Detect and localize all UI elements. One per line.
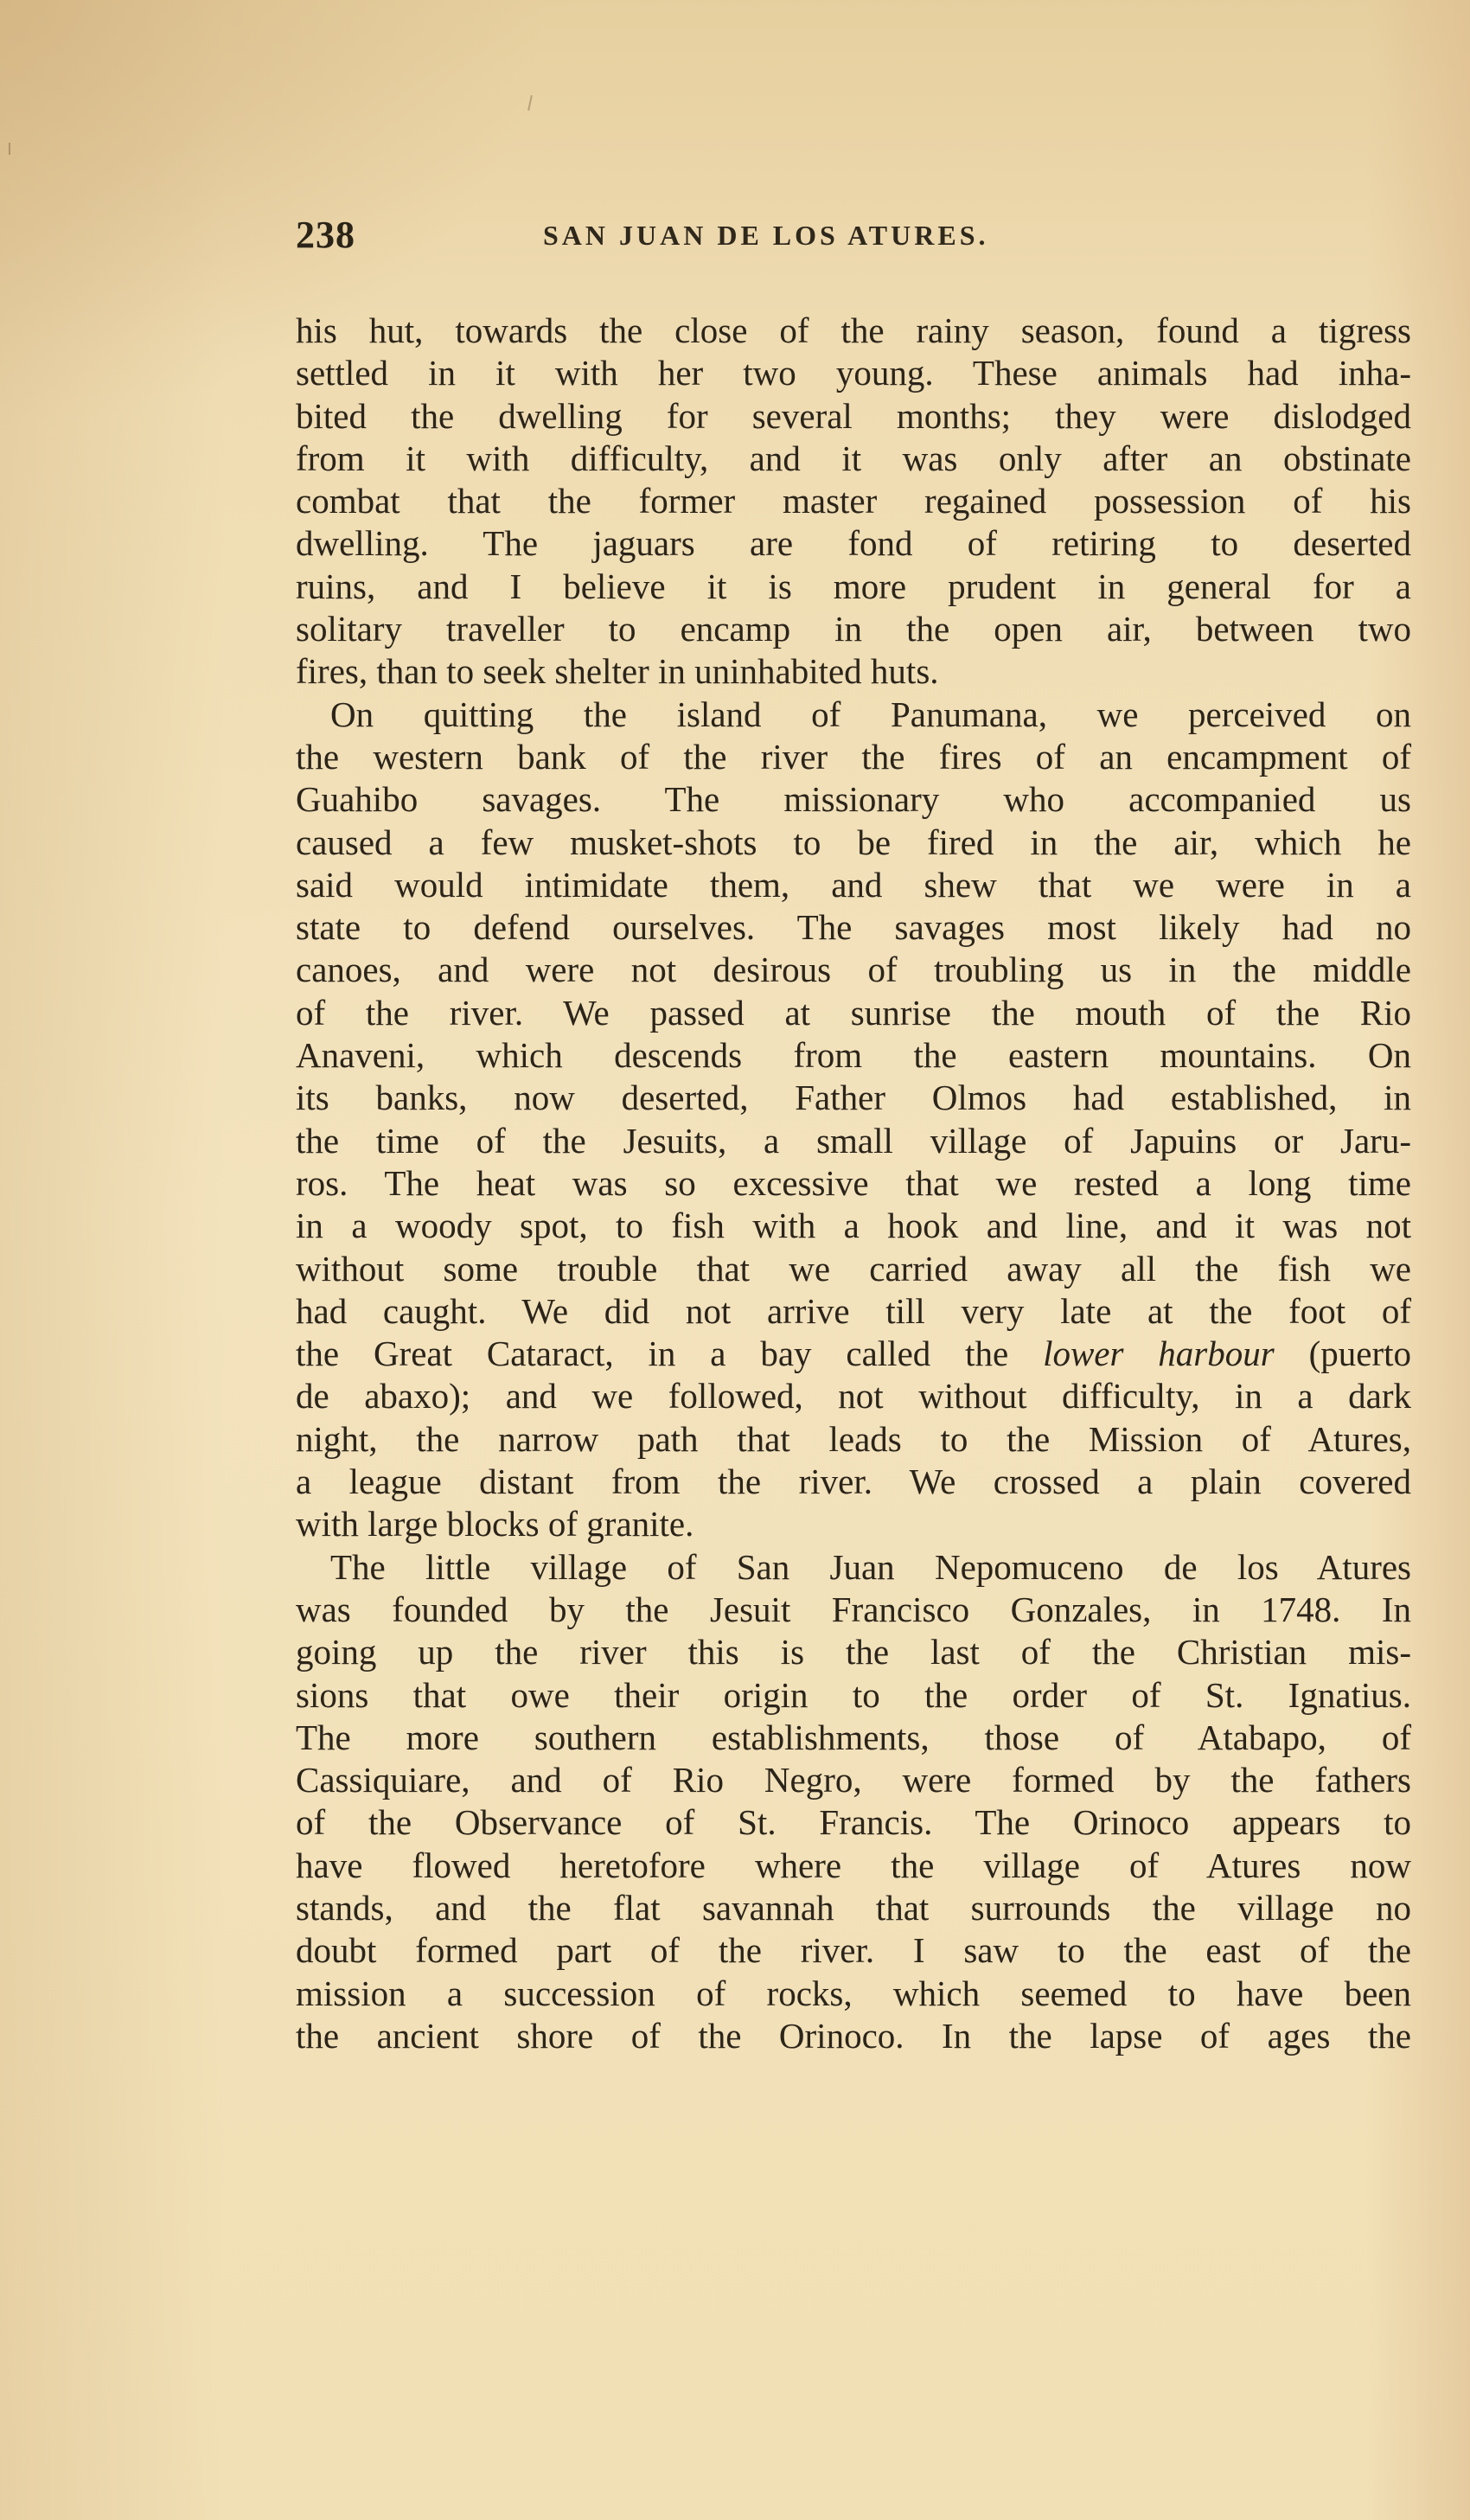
running-head: 238 SAN JUAN DE LOS ATURES. (296, 213, 1411, 265)
text-line: the ancient shore of the Orinoco. In the… (296, 2015, 1411, 2057)
text-line: sions that owe their origin to the order… (296, 1674, 1411, 1717)
text-line: bited the dwelling for several months; t… (296, 395, 1411, 438)
text-line: the western bank of the river the fires … (296, 736, 1411, 778)
text-line: have flowed heretofore where the village… (296, 1845, 1411, 1887)
running-title: SAN JUAN DE LOS ATURES. (543, 220, 989, 252)
paragraph-start-line: On quitting the island of Panumana, we p… (296, 694, 1411, 736)
text-line: dwelling. The jaguars are fond of retiri… (296, 522, 1411, 565)
text-line: was founded by the Jesuit Francisco Gonz… (296, 1589, 1411, 1631)
text-line: de abaxo); and we followed, not without … (296, 1375, 1411, 1417)
text-line: The more southern establishments, those … (296, 1717, 1411, 1759)
text-line: from it with difficulty, and it was only… (296, 438, 1411, 480)
text-line: in a woody spot, to fish with a hook and… (296, 1205, 1411, 1247)
text-line: had caught. We did not arrive till very … (296, 1290, 1411, 1333)
text-line: without some trouble that we carried awa… (296, 1248, 1411, 1290)
text-line-with-italic: the Great Cataract, in a bay called the … (296, 1333, 1411, 1375)
text-line: of the Observance of St. Francis. The Or… (296, 1801, 1411, 1844)
text-line: going up the river this is the last of t… (296, 1631, 1411, 1673)
text-line: solitary traveller to encamp in the open… (296, 608, 1411, 650)
page-number: 238 (296, 213, 355, 257)
paragraph-start-line: The little village of San Juan Nepomucen… (296, 1546, 1411, 1589)
text-line: Anaveni, which descends from the eastern… (296, 1034, 1411, 1077)
text-line: doubt formed part of the river. I saw to… (296, 1929, 1411, 1972)
text-line: Cassiquiare, and of Rio Negro, were form… (296, 1759, 1411, 1801)
text-line: caused a few musket-shots to be fired in… (296, 822, 1411, 864)
text-line: its banks, now deserted, Father Olmos ha… (296, 1077, 1411, 1119)
text-line: ros. The heat was so excessive that we r… (296, 1162, 1411, 1205)
text-line: settled in it with her two young. These … (296, 352, 1411, 394)
text-line: night, the narrow path that leads to the… (296, 1418, 1411, 1461)
text-line: fires, than to seek shelter in uninhabit… (296, 650, 1411, 693)
paper-mark (527, 95, 533, 111)
text-line: stands, and the flat savannah that surro… (296, 1887, 1411, 1929)
paper-mark (9, 143, 10, 155)
text-line: ruins, and I believe it is more prudent … (296, 566, 1411, 608)
text-segment: the Great Cataract, in a bay called the (296, 1334, 1043, 1373)
book-page: 238 SAN JUAN DE LOS ATURES. his hut, tow… (0, 0, 1470, 2520)
text-line: of the river. We passed at sunrise the m… (296, 992, 1411, 1034)
text-line: said would intimidate them, and shew tha… (296, 864, 1411, 906)
text-line: his hut, towards the close of the rainy … (296, 310, 1411, 352)
text-line: combat that the former master regained p… (296, 480, 1411, 522)
italic-term: lower harbour (1043, 1334, 1275, 1373)
text-line: a league distant from the river. We cros… (296, 1461, 1411, 1503)
text-line: canoes, and were not desirous of troubli… (296, 949, 1411, 991)
text-line: the time of the Jesuits, a small village… (296, 1120, 1411, 1162)
text-line: with large blocks of granite. (296, 1503, 1411, 1545)
text-line: state to defend ourselves. The savages m… (296, 906, 1411, 949)
text-line: mission a succession of rocks, which see… (296, 1973, 1411, 2015)
text-line: Guahibo savages. The missionary who acco… (296, 778, 1411, 821)
body-text: his hut, towards the close of the rainy … (296, 310, 1411, 2057)
text-segment: (puerto (1275, 1334, 1411, 1373)
